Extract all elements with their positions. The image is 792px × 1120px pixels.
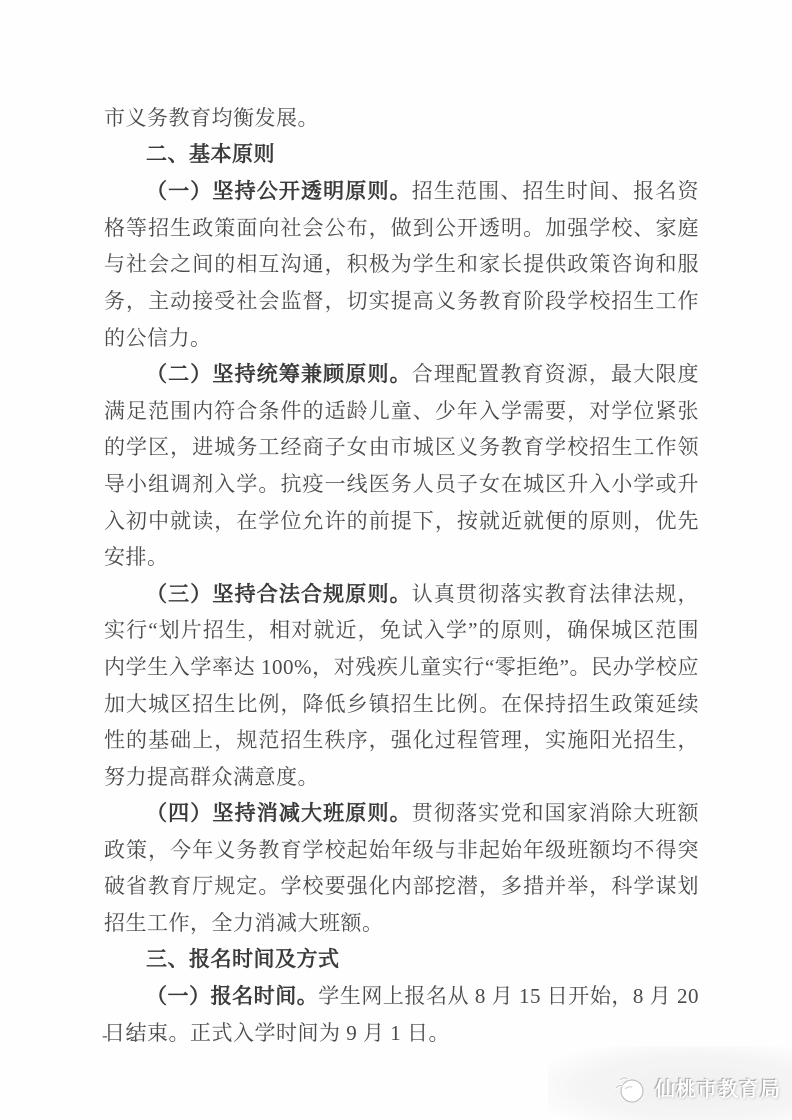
paragraph-principle-4: （四）坚持消减大班原则。贯彻落实党和国家消除大班额政策，今年义务教育学校起始年级…: [104, 795, 699, 941]
paragraph-lead: （二）坚持统筹兼顾原则。: [146, 362, 412, 386]
document-page: 市义务教育均衡发展。 二、基本原则 （一）坚持公开透明原则。招生范围、招生时间、…: [0, 0, 792, 1120]
paragraph-registration-time: （一）报名时间。学生网上报名从 8 月 15 日开始，8 月 20 日结束。正式…: [104, 978, 699, 1051]
paragraph-principle-2: （二）坚持统筹兼顾原则。合理配置教育资源，最大限度满足范围内符合条件的适龄儿童、…: [104, 356, 699, 576]
paragraph-text: 合理配置教育资源，最大限度满足范围内符合条件的适龄儿童、少年入学需要，对学位紧张…: [104, 362, 699, 569]
paragraph-text: 认真贯彻落实教育法律法规，实行“划片招生，相对就近，免试入学”的原则，确保城区范…: [104, 582, 699, 789]
paragraph-lead: （三）坚持合法合规原则。: [146, 582, 412, 606]
section-heading-basic-principles: 二、基本原则: [104, 137, 699, 174]
paragraph-lead: （四）坚持消减大班原则。: [146, 801, 412, 825]
paragraph-lead: （一）坚持公开透明原则。: [146, 179, 412, 203]
paragraph-lead: （一）报名时间。: [146, 984, 318, 1008]
paragraph-principle-3: （三）坚持合法合规原则。认真贯彻落实教育法律法规，实行“划片招生，相对就近，免试…: [104, 576, 699, 796]
document-body: 市义务教育均衡发展。 二、基本原则 （一）坚持公开透明原则。招生范围、招生时间、…: [104, 100, 699, 1051]
education-bureau-logo-icon: [610, 1066, 648, 1108]
footer-watermark: 仙桃市教育局: [610, 1066, 781, 1108]
education-bureau-name: 仙桃市教育局: [655, 1073, 781, 1102]
page-number: - 2 -: [102, 1026, 175, 1046]
section-heading-registration-time: 三、报名时间及方式: [104, 942, 699, 979]
paragraph-continuation: 市义务教育均衡发展。: [104, 100, 699, 137]
paragraph-text: 招生范围、招生时间、报名资格等招生政策面向社会公布，做到公开透明。加强学校、家庭…: [104, 179, 699, 349]
paragraph-principle-1: （一）坚持公开透明原则。招生范围、招生时间、报名资格等招生政策面向社会公布，做到…: [104, 173, 699, 356]
